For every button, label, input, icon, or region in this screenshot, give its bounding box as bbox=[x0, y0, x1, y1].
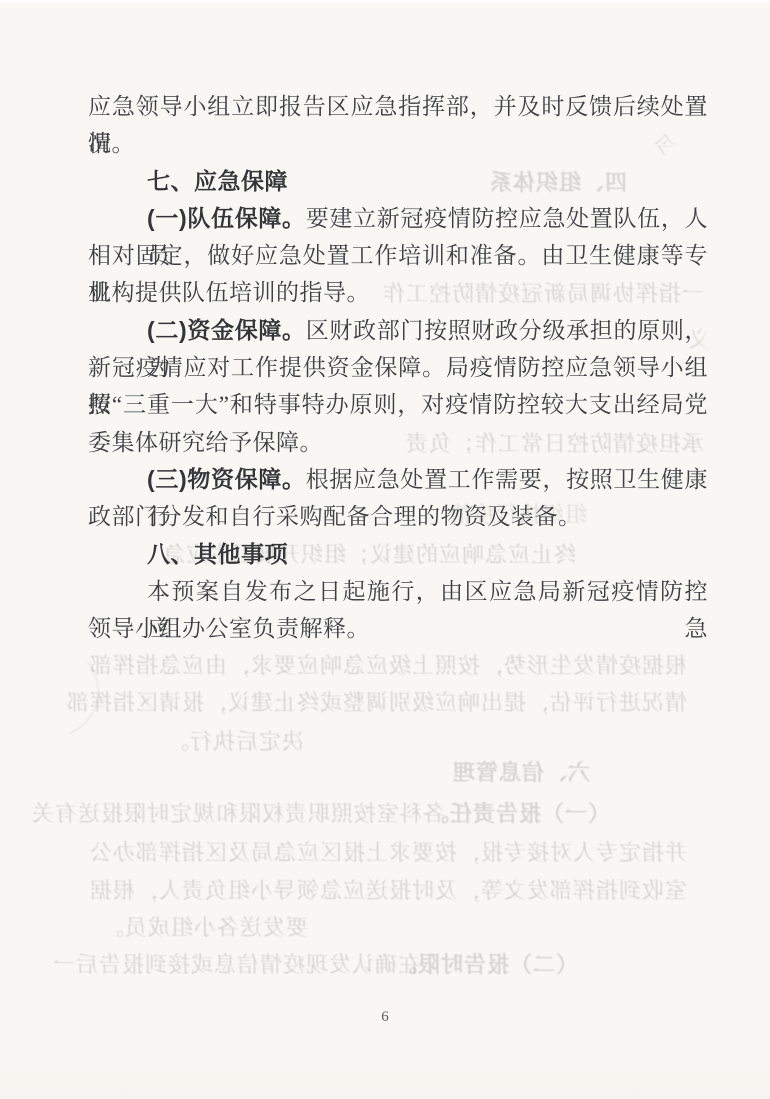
text-line: (二)资金保障。区财政部门按照财政分级承担的原则，为 bbox=[88, 312, 708, 349]
ghost-heading-line: 六、信息管理 bbox=[452, 761, 590, 785]
paragraph-lead: (二)资金保障。 bbox=[147, 317, 306, 343]
heading-text: 八、其他事项 bbox=[147, 541, 288, 567]
ghost-text-line: 各科室按照职责权限和规定时限报送有关 bbox=[31, 802, 445, 826]
ghost-text-line: 情况进行评估，提出响应级别调整或终止建议，报请区指挥部 bbox=[66, 691, 687, 715]
ghost-text-line: 根据疫情发生形势，按照上级应急响应要求，由应急指挥部 bbox=[89, 654, 687, 678]
page-number: 6 bbox=[0, 1006, 770, 1028]
line-text: 委集体研究给予保障。 bbox=[88, 430, 323, 455]
ghost-text-line: 在确认发现疫情信息或接到报告后一 bbox=[52, 953, 420, 977]
paragraph-lead: (一)队伍保障。 bbox=[147, 205, 306, 231]
ghost-paragraph-lead: （一）报告责任。 bbox=[426, 802, 610, 826]
line-text: 况。 bbox=[88, 131, 135, 156]
ghost-text-line: 并指定专人对接专报，按要求上报区应急局及区指挥部办公 bbox=[89, 841, 687, 865]
text-line: 况。 bbox=[88, 125, 708, 162]
line-text: 照“三重一大”和特事特办原则，对疫情防控较大支出经局党 bbox=[88, 392, 708, 417]
text-line: 本预案自发布之日起施行，由区应急局新冠疫情防控应急 bbox=[88, 573, 708, 610]
text-line: 委集体研究给予保障。 bbox=[88, 424, 708, 461]
section-heading: 八、其他事项 bbox=[88, 536, 708, 573]
text-line: 政部门分发和自行采购配备合理的物资及装备。 bbox=[88, 498, 708, 535]
text-line: (三)物资保障。根据应急处置工作需要，按照卫生健康行 bbox=[88, 461, 708, 498]
text-line: 应急领导小组立即报告区应急指挥部，并及时反馈后续处置情 bbox=[88, 88, 708, 125]
document-body: 应急领导小组立即报告区应急指挥部，并及时反馈后续处置情 况。 七、应急保障 (一… bbox=[88, 88, 708, 647]
paragraph-lead: (三)物资保障。 bbox=[147, 466, 306, 492]
text-line: 照“三重一大”和特事特办原则，对疫情防控较大支出经局党 bbox=[88, 386, 708, 423]
ghost-paragraph-lead: （二）报告时限。 bbox=[394, 953, 578, 977]
scanned-document-page: 今 四、组织体系 一指挥协调局新冠疫情防控工作 义 承担疫情防控日常工作；负责 … bbox=[0, 0, 770, 1099]
text-line: (一)队伍保障。要建立新冠疫情防控应急处置队伍，人员 bbox=[88, 200, 708, 237]
text-line: 机构提供队伍培训的指导。 bbox=[88, 274, 708, 311]
line-text: 领导小组办公室负责解释。 bbox=[88, 616, 370, 641]
section-heading: 七、应急保障 bbox=[88, 163, 708, 200]
line-text: 机构提供队伍培训的指导。 bbox=[88, 280, 370, 305]
text-line: 相对固定，做好应急处置工作培训和准备。由卫生健康等专业 bbox=[88, 237, 708, 274]
text-line: 新冠疫情应对工作提供资金保障。局疫情防控应急领导小组按 bbox=[88, 349, 708, 386]
ghost-text-fragment: 要发送各小组成员。 bbox=[101, 916, 308, 940]
line-text: 政部门分发和自行采购配备合理的物资及装备。 bbox=[88, 504, 582, 529]
heading-text: 七、应急保障 bbox=[147, 168, 288, 194]
ghost-text-fragment: 决定后执行。 bbox=[166, 730, 304, 754]
ghost-text-line: 室收到指挥部发文等，及时报送应急领导小组负责人，根据 bbox=[89, 879, 687, 903]
